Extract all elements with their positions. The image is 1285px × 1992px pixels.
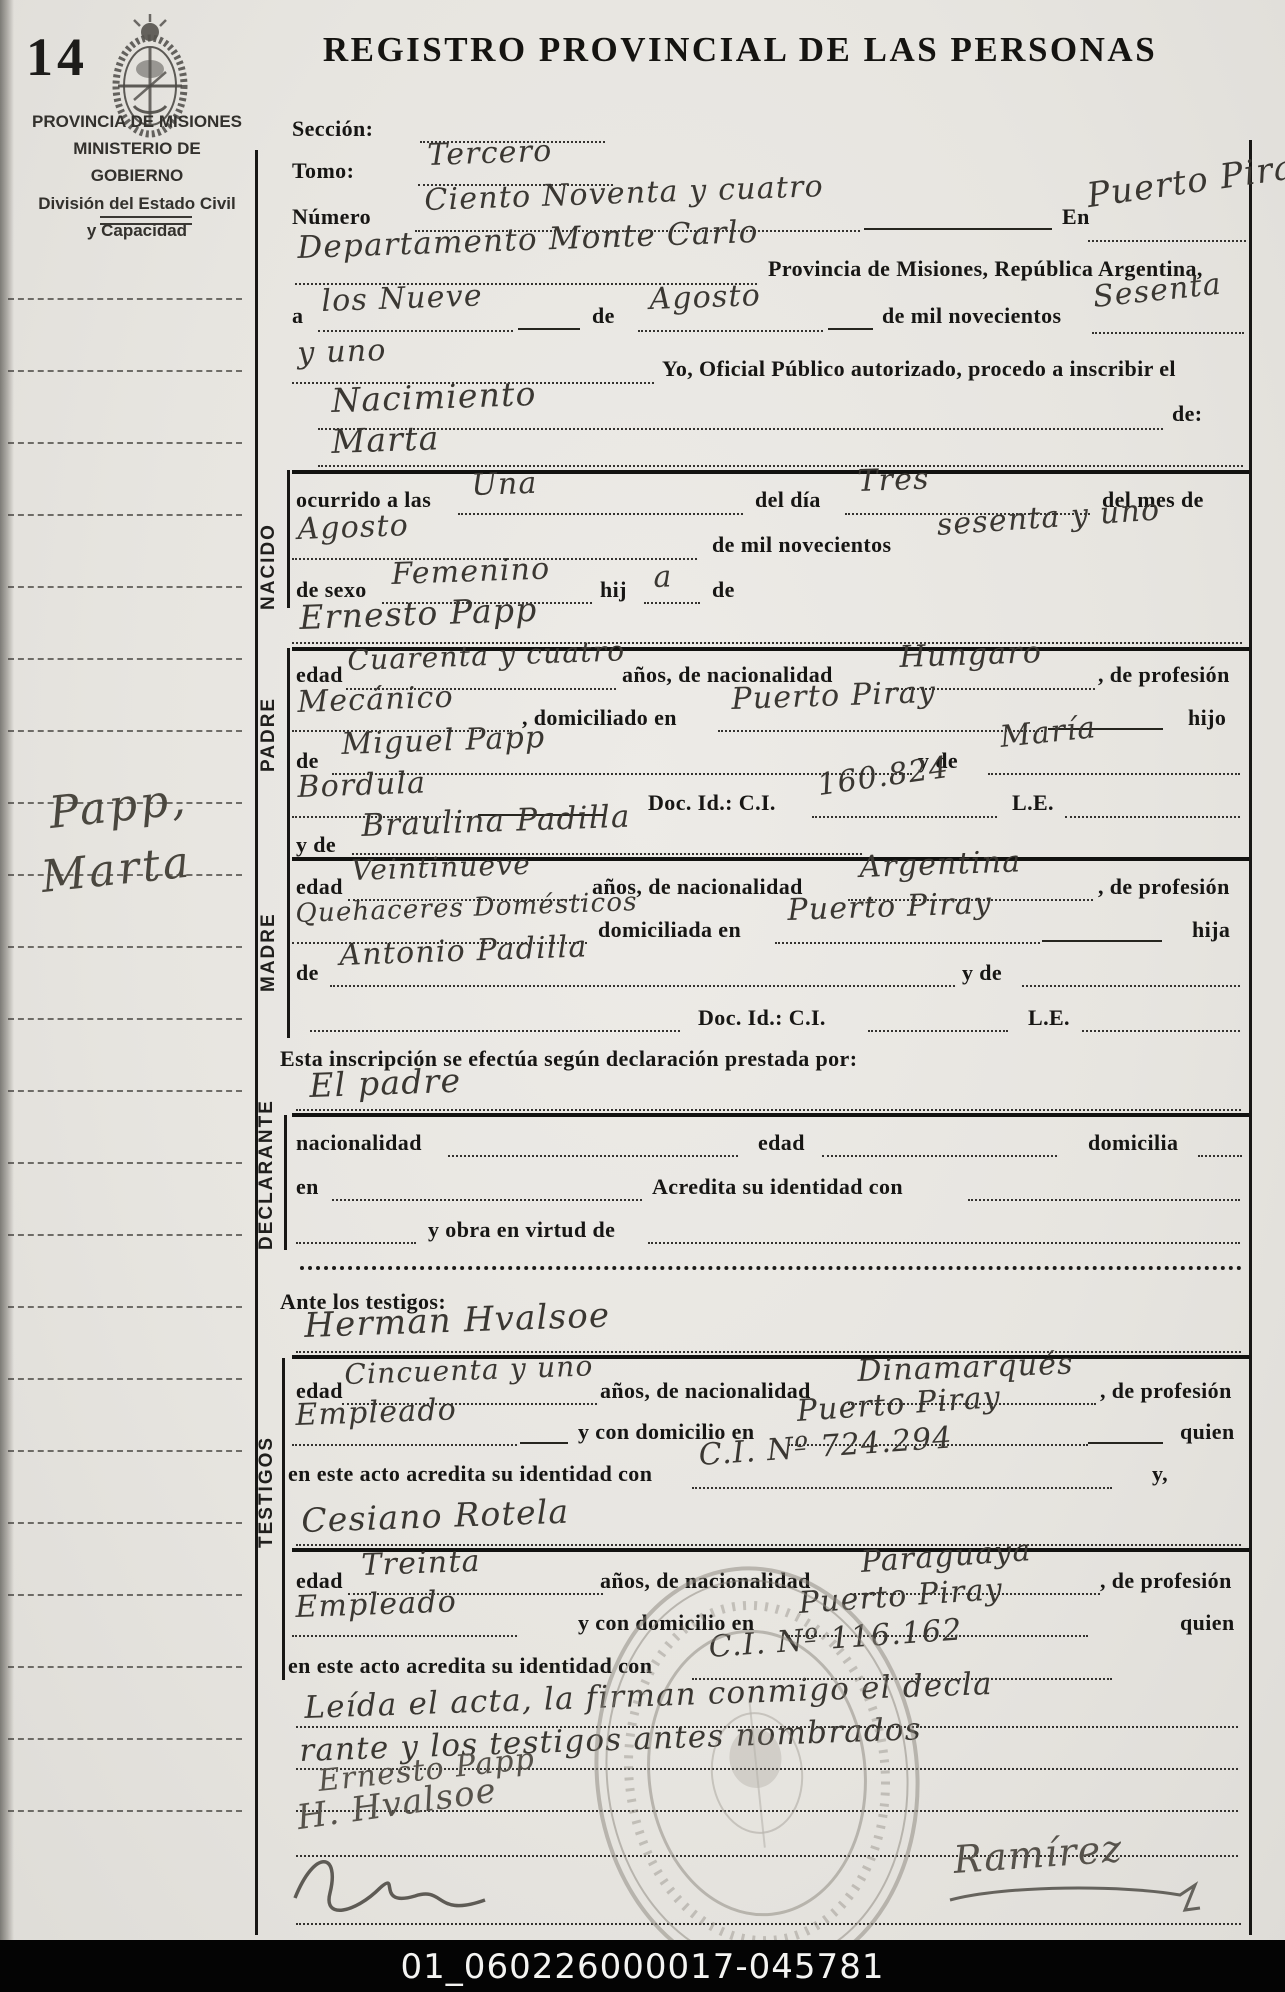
testigo1-profesion-value: Empleado bbox=[295, 1392, 458, 1433]
madre-bracket bbox=[287, 860, 290, 1038]
margin-line bbox=[8, 1378, 242, 1380]
abuelo-materno-line bbox=[330, 985, 955, 987]
fecha-dia-line bbox=[318, 330, 513, 332]
madre-nacionalidad-value: Argentina bbox=[859, 844, 1022, 885]
padre-bracket bbox=[287, 648, 290, 860]
madre-nombre: Braulina Padilla bbox=[361, 799, 631, 844]
ministry-line-1: PROVINCIA DE MISIONES bbox=[28, 108, 246, 135]
abuela-paterna-line bbox=[988, 773, 1240, 775]
padre-doc-label: Doc. Id.: C.I. bbox=[648, 790, 776, 816]
lugar-line bbox=[1088, 240, 1246, 242]
madre-domicilio-line bbox=[775, 942, 1040, 944]
a-label: a bbox=[292, 303, 303, 329]
margin-note-given-name: Marta bbox=[39, 836, 195, 903]
padre-domicilio-label: , domiciliado en bbox=[522, 705, 677, 731]
madre-hija-label: hija bbox=[1192, 917, 1230, 943]
testigo2-profesion-value: Empleado bbox=[295, 1584, 458, 1625]
declarante-en-blank bbox=[332, 1199, 642, 1201]
ministry-line-3: División del Estado Civil bbox=[28, 190, 246, 217]
fecha-dia-dash bbox=[518, 328, 580, 330]
testigo1-acredita-label: en este acto acredita su identidad con bbox=[288, 1461, 652, 1487]
birth-certificate-scan: 14 REGISTRO PROVINCIAL DE LAS PERSONAS P… bbox=[0, 0, 1285, 1992]
section-label-nacido: NACIDO bbox=[258, 480, 280, 610]
margin-line bbox=[8, 1090, 242, 1092]
oficial-label: Yo, Oficial Público autorizado, procedo … bbox=[662, 356, 1176, 382]
margin-line bbox=[8, 730, 242, 732]
testigo2-nombre: Cesiano Rotela bbox=[301, 1492, 570, 1540]
declarante-obra-blank2 bbox=[648, 1242, 1240, 1244]
declarante-valor: El padre bbox=[309, 1061, 462, 1105]
fecha-mes-value: Agosto bbox=[649, 278, 762, 317]
padre-profesion-value: Mecánico bbox=[297, 680, 455, 720]
nombre-inscripto: Marta bbox=[331, 418, 440, 461]
margin-line bbox=[8, 1594, 242, 1596]
margin-line bbox=[8, 370, 242, 372]
hora-line bbox=[458, 513, 743, 515]
margin-line bbox=[8, 1810, 242, 1812]
de2-label: de: bbox=[1172, 401, 1203, 427]
novecientos-nacido-label: de mil novecientos bbox=[712, 532, 892, 558]
testigo1-domicilio-dash bbox=[1088, 1442, 1163, 1444]
madre-doc-blank bbox=[310, 1030, 680, 1032]
scan-code: 01_060226000017-045781 bbox=[0, 1947, 1285, 1987]
madre-domicilio-value: Puerto Piray bbox=[787, 886, 993, 928]
fecha-anio-value2: y uno bbox=[297, 333, 387, 371]
tomo-label: Tomo: bbox=[292, 158, 354, 184]
fecha-dia-value: los Nueve bbox=[321, 278, 484, 319]
ministry-line-2: MINISTERIO DE GOBIERNO bbox=[28, 135, 246, 189]
margin-line bbox=[8, 1234, 242, 1236]
numero-label: Número bbox=[292, 204, 371, 230]
padre-le-label: L.E. bbox=[1012, 790, 1054, 816]
padre-le-line bbox=[1065, 816, 1240, 818]
mes-nacimiento-value: Agosto bbox=[297, 508, 410, 547]
testigo1-quien-label: quien bbox=[1180, 1419, 1235, 1445]
madre-domicilio-label: domiciliada en bbox=[598, 917, 741, 943]
firma-oficial: Ramírez bbox=[952, 1826, 1124, 1882]
madre-y-de2-label: y de bbox=[962, 960, 1002, 986]
testigo1-profesion-line bbox=[292, 1444, 517, 1446]
form-left-border bbox=[255, 150, 258, 1935]
testigo2-edad-value: Treinta bbox=[361, 1544, 482, 1583]
madre-edad-label: edad bbox=[296, 874, 343, 900]
margin-line bbox=[8, 1666, 242, 1668]
declarante-domicilia-blank bbox=[1198, 1155, 1242, 1157]
madre-le-label: L.E. bbox=[1028, 1005, 1070, 1031]
signature-flourish bbox=[945, 1880, 1245, 1920]
padre-nombre: Ernesto Papp bbox=[299, 590, 538, 637]
section-label-madre: MADRE bbox=[258, 882, 280, 992]
abuela-materna-line bbox=[1022, 985, 1240, 987]
signature-scribble bbox=[285, 1838, 525, 1928]
abuelo-paterno-value: Miguel Papp bbox=[341, 720, 546, 762]
declarante-en-label: en bbox=[296, 1174, 319, 1200]
abuela-paterna-value: María bbox=[998, 710, 1098, 755]
tomo-value: Tercero bbox=[427, 134, 553, 173]
nacido-bracket bbox=[287, 470, 290, 608]
testigo1-ci-line bbox=[692, 1487, 1112, 1489]
numero-value: Ciento Noventa y cuatro bbox=[424, 169, 825, 218]
margin-line bbox=[8, 1450, 242, 1452]
margin-line bbox=[8, 586, 242, 588]
acto-line bbox=[318, 428, 1163, 430]
declarante-nacionalidad-blank bbox=[448, 1155, 738, 1157]
testigos-top-separator bbox=[300, 1266, 1242, 1270]
abuelo-materno-value: Antonio Padilla bbox=[339, 929, 588, 973]
margin-note-surname: Papp, bbox=[47, 774, 191, 839]
padre-domicilio-line bbox=[718, 730, 1043, 732]
ministry-underline bbox=[100, 216, 192, 225]
testigo1-y-label: y, bbox=[1152, 1461, 1168, 1487]
declarante-edad-blank bbox=[822, 1155, 1057, 1157]
fecha-anio-line bbox=[1092, 332, 1244, 334]
padre-profesion-label: , de profesión bbox=[1098, 662, 1230, 688]
margin-line bbox=[8, 946, 242, 948]
madre-doc-label: Doc. Id.: C.I. bbox=[698, 1005, 826, 1031]
acto-value: Nacimiento bbox=[331, 374, 538, 420]
madre-edad-value: Veintinueve bbox=[351, 848, 532, 887]
margin-line bbox=[8, 658, 242, 660]
declarante-domicilia-label: domicilia bbox=[1088, 1130, 1178, 1156]
section-label-testigos: TESTIGOS bbox=[256, 1428, 278, 1548]
dia-label: del día bbox=[755, 487, 821, 513]
declarante-line bbox=[296, 1109, 1241, 1111]
testigo1-domicilio-value: Puerto Piray bbox=[796, 1380, 1003, 1429]
lugar-value: Puerto Piray bbox=[1084, 144, 1285, 216]
testigos-bracket bbox=[282, 1358, 285, 1680]
margin-line bbox=[8, 514, 242, 516]
madre-domicilio-dash bbox=[1042, 940, 1162, 942]
padre-domicilio-value: Puerto Piray bbox=[731, 675, 937, 717]
testigo2-profesion-label: , de profesión bbox=[1100, 1568, 1232, 1594]
testigo1-nacionalidad-label: años, de nacionalidad bbox=[600, 1378, 811, 1404]
madre-le-line bbox=[1082, 1030, 1240, 1032]
numero-dash bbox=[864, 228, 1052, 230]
margin-line bbox=[8, 1522, 242, 1524]
fecha-mes-line bbox=[638, 330, 823, 332]
seccion-label: Sección: bbox=[292, 116, 373, 142]
margin-line bbox=[8, 442, 242, 444]
margin-line bbox=[8, 1738, 242, 1740]
madre-profesion-label: , de profesión bbox=[1098, 874, 1230, 900]
declarante-obra-label: y obra en virtud de bbox=[428, 1217, 615, 1243]
declarante-obra-blank1 bbox=[296, 1242, 416, 1244]
novecientos-label: de mil novecientos bbox=[882, 303, 1062, 329]
hij-de-label: de bbox=[712, 577, 735, 603]
madre-y-de-label: y de bbox=[296, 832, 336, 858]
madre-doc-line bbox=[868, 1030, 1008, 1032]
margin-line bbox=[8, 298, 242, 300]
testigo2-profesion-line bbox=[292, 1635, 517, 1637]
declarante-acredita-blank bbox=[968, 1199, 1240, 1201]
margin-line bbox=[8, 1162, 242, 1164]
section-label-padre: PADRE bbox=[258, 662, 280, 772]
page-number: 14 bbox=[26, 26, 88, 88]
sexo-value: Femenino bbox=[391, 551, 551, 592]
de-label: de bbox=[592, 303, 615, 329]
section-label-declarante: DECLARANTE bbox=[256, 1120, 278, 1250]
hora-value: Una bbox=[471, 466, 538, 503]
registry-title: REGISTRO PROVINCIAL DE LAS PERSONAS bbox=[300, 30, 1180, 70]
padre-doc-value: 160.824 bbox=[815, 750, 951, 803]
padre-edad-value: Cuarenta y cuatro bbox=[347, 634, 626, 677]
declarante-bracket bbox=[284, 1115, 287, 1250]
padre-hijo-label: hijo bbox=[1188, 705, 1226, 731]
testigo1-profesion-label: , de profesión bbox=[1100, 1378, 1232, 1404]
declarante-nacionalidad-label: nacionalidad bbox=[296, 1130, 422, 1156]
scan-code-bar: 01_060226000017-045781 bbox=[0, 1940, 1285, 1992]
testigo1-nombre-line bbox=[296, 1351, 1241, 1353]
margin-line bbox=[8, 1306, 242, 1308]
hij-label: hij bbox=[600, 577, 627, 603]
notary-stamp bbox=[580, 1558, 935, 1988]
hij-line bbox=[644, 602, 700, 604]
scan-edge-shadow bbox=[0, 0, 14, 1940]
padre-doc-line bbox=[812, 816, 997, 818]
padre-nacionalidad-value: Hungaro bbox=[899, 635, 1043, 675]
abuela-paterna-value2: Bordula bbox=[297, 766, 427, 805]
madre-de-label: de bbox=[296, 960, 319, 986]
fecha-mes-dash bbox=[828, 328, 873, 330]
nombre-separator bbox=[292, 470, 1249, 474]
declarante-separator bbox=[292, 1113, 1249, 1117]
dia-value: Tres bbox=[857, 461, 930, 499]
nombre-line bbox=[318, 465, 1243, 467]
form-right-border bbox=[1249, 140, 1252, 1935]
testigo1-profesion-dash bbox=[520, 1442, 568, 1444]
anio-nacimiento-value: sesenta y uno bbox=[936, 492, 1162, 543]
madre-profesion-value: Quehaceres Domésticos bbox=[295, 887, 638, 929]
en-label: En bbox=[1062, 204, 1090, 230]
margin-line bbox=[8, 1018, 242, 1020]
declarante-acredita-label: Acredita su identidad con bbox=[652, 1174, 903, 1200]
declarante-edad-label: edad bbox=[758, 1130, 805, 1156]
hij-value: a bbox=[653, 559, 673, 595]
testigo2-quien-label: quien bbox=[1180, 1610, 1235, 1636]
